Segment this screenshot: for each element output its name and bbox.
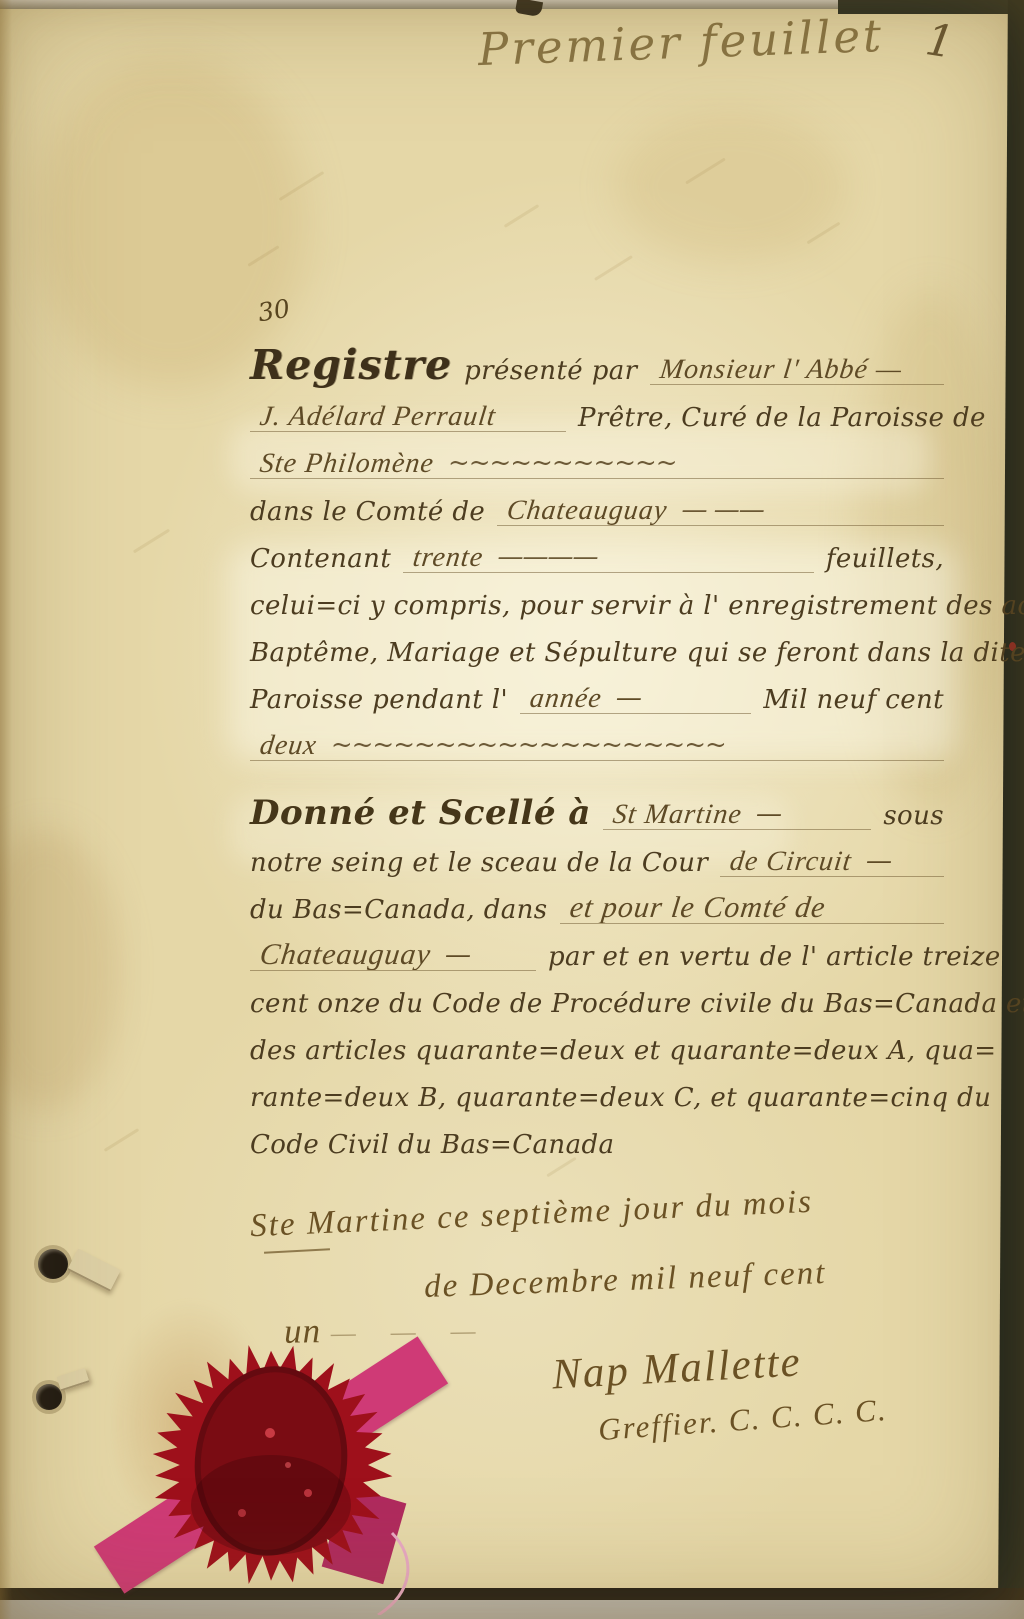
punch-hole xyxy=(36,1384,62,1410)
printed-text: rante=deux B, quarante=deux C, et quaran… xyxy=(250,1085,991,1112)
seal-gloss xyxy=(265,1428,275,1438)
printed-text: Code Civil du Bas=Canada xyxy=(250,1132,614,1159)
pen-dash: — xyxy=(445,940,475,970)
seal-thread xyxy=(378,1533,408,1615)
binding-mark xyxy=(515,0,543,17)
form-line-12: du Bas=Canada, dans et pour le Comté de xyxy=(250,882,944,929)
handwritten-entry: Monsieur l' Abbé — xyxy=(650,355,944,385)
pen-dash: — xyxy=(866,846,896,876)
printed-text-large: Donné et Scellé à xyxy=(250,796,591,830)
printed-text: du Bas=Canada, dans xyxy=(250,897,548,924)
form-line-3: Ste Philomène ~~~~~~~~~~~ xyxy=(250,437,944,484)
page-left-shade xyxy=(0,0,12,1619)
printed-text: Baptême, Mariage et Sépulture qui se fer… xyxy=(250,640,1024,667)
printed-text: Prêtre, Curé de la Paroisse de xyxy=(578,405,986,432)
printed-text: Paroisse pendant l' xyxy=(250,687,508,714)
pen-flourish: ~~~~~~~~~~~ xyxy=(448,448,677,478)
handwritten-entry: Chateauguay — xyxy=(250,939,536,972)
printed-text: feuillets, xyxy=(826,546,944,573)
register-page: Premier feuillet 1 30 Registre présenté … xyxy=(0,0,1024,1619)
printed-text: par et en vertu de l' article treize xyxy=(548,944,1001,971)
closing-date-2: de Decembre mil neuf cent xyxy=(423,1255,827,1306)
handwritten-entry: St Martine — xyxy=(603,799,871,830)
ghost-stroke xyxy=(807,222,841,245)
register-form: Registre présenté par Monsieur l' Abbé —… xyxy=(250,338,944,1164)
pen-dash: — xyxy=(756,799,786,829)
ghost-stroke xyxy=(279,171,325,201)
form-line-14: cent onze du Code de Procédure civile du… xyxy=(250,976,944,1023)
stain-blob xyxy=(616,112,846,262)
ghost-stroke xyxy=(504,204,540,228)
paper-flap xyxy=(67,1248,121,1291)
handwritten-entry: J. Adélard Perrault xyxy=(250,402,566,432)
form-line-17: Code Civil du Bas=Canada xyxy=(250,1117,944,1164)
seal-gloss xyxy=(304,1489,312,1497)
ghost-stroke xyxy=(133,529,170,554)
stain-blob xyxy=(0,830,120,1110)
clerk-signature: Nap Mallette xyxy=(551,1337,803,1399)
handwritten-entry: Chateauguay — —— xyxy=(497,495,944,526)
ghost-stroke xyxy=(594,255,633,281)
handwritten-entry: trente ———— xyxy=(403,542,814,573)
ghost-stroke xyxy=(685,158,726,185)
wax-seal xyxy=(120,1315,425,1615)
punch-hole xyxy=(38,1249,68,1279)
handwritten-entry: année — xyxy=(520,683,751,714)
form-line-2: J. Adélard Perrault Prêtre, Curé de la P… xyxy=(250,390,944,437)
form-line-5: Contenant trente ———— feuillets, xyxy=(250,531,944,578)
printed-text: Contenant xyxy=(250,546,391,573)
printed-text: des articles quarante=deux et quarante=d… xyxy=(250,1038,996,1065)
pen-flourish: ~~~~~~~~~~~~~~~~~~~ xyxy=(331,730,726,760)
closing-place-date: Ste Martine ce septième jour du mois xyxy=(249,1184,813,1246)
underline-stroke xyxy=(264,1248,330,1253)
ornate-word-registre: Registre xyxy=(250,346,452,385)
pen-flourish: ———— xyxy=(497,542,597,572)
form-line-13: Chateauguay — par et en vertu de l' arti… xyxy=(250,929,944,976)
page-title: Premier feuillet xyxy=(477,9,885,76)
handwritten-entry: de Circuit — xyxy=(720,846,944,877)
form-line-4: dans le Comté de Chateauguay — —— xyxy=(250,484,944,531)
printed-text: Mil neuf cent xyxy=(763,687,944,714)
form-line-8: Paroisse pendant l' année — Mil neuf cen… xyxy=(250,672,944,719)
ghost-stroke xyxy=(247,245,279,267)
handwritten-entry: deux ~~~~~~~~~~~~~~~~~~~ xyxy=(250,730,944,761)
pen-flourish: — —— xyxy=(682,495,764,525)
printed-text: présenté par xyxy=(464,358,637,385)
form-line-7: Baptême, Mariage et Sépulture qui se fer… xyxy=(250,625,944,672)
seal-gloss xyxy=(285,1462,291,1468)
printed-text: notre seing et le sceau de la Cour xyxy=(250,850,708,877)
form-line-16: rante=deux B, quarante=deux C, et quaran… xyxy=(250,1070,944,1117)
form-line-6: celui=ci y compris, pour servir à l' enr… xyxy=(250,578,944,625)
book-cover-right-edge xyxy=(998,0,1024,1619)
corner-annotation: 30 xyxy=(256,294,292,328)
printed-text: dans le Comté de xyxy=(250,499,485,526)
page-number: 1 xyxy=(922,14,958,69)
form-line-9: deux ~~~~~~~~~~~~~~~~~~~ xyxy=(250,719,944,766)
handwritten-entry: et pour le Comté de xyxy=(560,892,944,925)
form-line-15: des articles quarante=deux et quarante=d… xyxy=(250,1023,944,1070)
wax-seal-assembly xyxy=(120,1315,425,1615)
printed-text: celui=ci y compris, pour servir à l' enr… xyxy=(250,593,1024,620)
seal-shade xyxy=(191,1455,351,1555)
handwritten-entry: Ste Philomène ~~~~~~~~~~~ xyxy=(250,448,944,479)
clerk-title: Greffier. C. C. C. C. xyxy=(597,1392,889,1448)
form-line-11: notre seing et le sceau de la Cour de Ci… xyxy=(250,835,944,882)
printed-text: sous xyxy=(883,803,944,830)
seal-gloss xyxy=(238,1509,246,1517)
form-line-10: Donné et Scellé à St Martine — sous xyxy=(250,778,944,835)
paper-flap xyxy=(56,1368,89,1392)
printed-text: cent onze du Code de Procédure civile du… xyxy=(250,991,1024,1018)
form-line-1: Registre présenté par Monsieur l' Abbé — xyxy=(250,338,944,390)
pen-dash: — xyxy=(616,683,646,713)
ghost-stroke xyxy=(104,1128,140,1152)
